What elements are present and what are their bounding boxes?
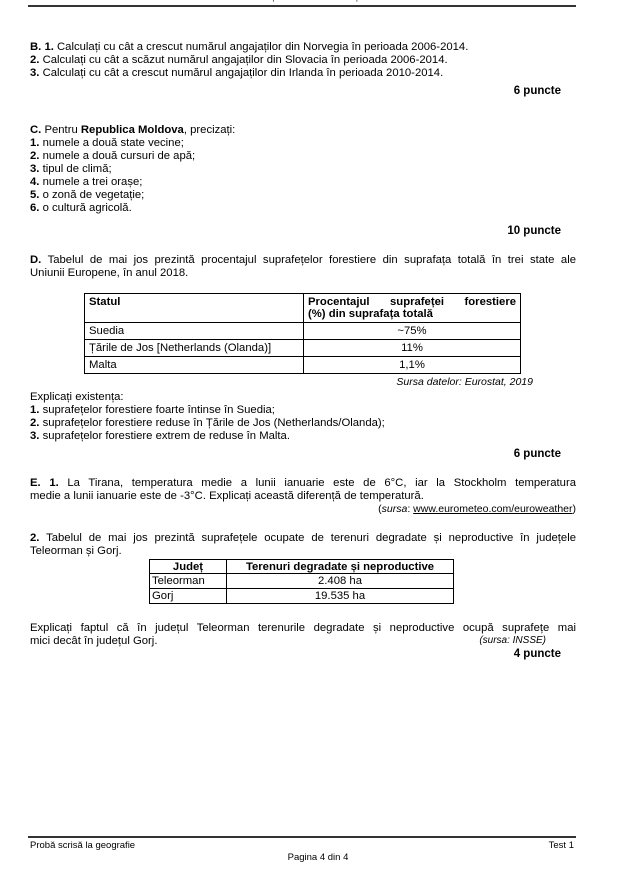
forest-table: Statul Procentajul suprafeței forestiere… (84, 293, 521, 374)
table-header-row: Statul Procentajul suprafeței forestiere… (85, 294, 521, 323)
intro-text: Tabelul de mai jos prezintă procentajul … (48, 254, 576, 266)
item-number: 3. (30, 163, 39, 175)
section-c-intro: C. Pentru Republica Moldova, precizați: (30, 124, 235, 136)
table-cell: Țările de Jos [Netherlands (Olanda)] (85, 340, 304, 357)
degraded-land-table: Județ Terenuri degradate și neproductive… (149, 559, 454, 604)
item-number: 1. (49, 477, 58, 489)
section-b-item-3: 3. Calculați cu cât a crescut numărul an… (30, 67, 443, 79)
intro-text: Pentru (44, 124, 77, 136)
table-cell: 11% (304, 340, 521, 357)
table-cell: Teleorman (150, 574, 227, 589)
table-cell: 19.535 ha (227, 589, 454, 604)
source-link[interactable]: www.eurometeo.com/euroweather (413, 503, 572, 515)
section-c-item-6: 6. o cultură agricolă. (30, 202, 132, 214)
table-row: Țările de Jos [Netherlands (Olanda)] 11% (85, 340, 521, 357)
item-number: 2. (30, 54, 39, 66)
item-text: numele a două state vecine; (43, 137, 184, 149)
item-number: 3. (30, 67, 39, 79)
item-text: numele a trei orașe; (43, 176, 143, 188)
section-d-intro-line1: D. Tabelul de mai jos prezintă procentaj… (30, 254, 576, 266)
item-number: 2. (30, 417, 39, 429)
section-label: D. (30, 254, 41, 266)
table-header-cell: Statul (85, 294, 304, 323)
q1-source: (sursa: www.eurometeo.com/euroweather) (378, 503, 576, 515)
item-number: 3. (30, 430, 39, 442)
item-number: 2. (30, 150, 39, 162)
paren: ) (573, 503, 577, 515)
section-label: C. (30, 124, 41, 136)
item-text: Tabelul de mai jos prezintă suprafețele … (46, 532, 576, 544)
table-cell: Malta (85, 357, 304, 374)
header-line: Procentajul suprafeței forestiere (308, 296, 516, 308)
data-source: Sursa datelor: Eurostat, 2019 (396, 376, 533, 388)
table-cell: Gorj (150, 589, 227, 604)
item-text: numele a două cursuri de apă; (43, 150, 196, 162)
item-number: 1. (30, 137, 39, 149)
table-cell: 2.408 ha (227, 574, 454, 589)
section-e-explain-line1: Explicați faptul că în județul Teleorman… (30, 622, 576, 634)
section-d-explain-intro: Explicați existența: (30, 391, 124, 403)
table-header-row: Județ Terenuri degradate și neproductive (150, 560, 454, 574)
section-d-item-1: 1. suprafețelor forestiere foarte întins… (30, 404, 275, 416)
footer-exam-name: Probă scrisă la geografie (30, 840, 135, 851)
section-e-explain-line2: mici decât în județul Gorj. (30, 635, 157, 647)
table-cell: 1,1% (304, 357, 521, 374)
section-label: B. (30, 41, 41, 53)
intro-text: , precizați: (184, 124, 235, 136)
footer-test-number: Test 1 (549, 840, 574, 851)
item-text: o cultură agricolă. (43, 202, 132, 214)
section-e-q2-line1: 2. Tabelul de mai jos prezintă suprafețe… (30, 532, 576, 544)
item-number: 1. (44, 41, 53, 53)
item-number: 6. (30, 202, 39, 214)
section-b-item-2: 2. Calculați cu cât a scăzut numărul ang… (30, 54, 448, 66)
item-text: Calculați cu cât a scăzut numărul angaja… (43, 54, 448, 66)
header-line: (%) din suprafața totală (308, 308, 516, 320)
section-e-q1-line2: medie a lunii ianuarie este de -3°C. Exp… (30, 490, 424, 502)
section-d-item-3: 3. suprafețelor forestiere extrem de red… (30, 430, 290, 442)
section-b-item-1: B. 1. Calculați cu cât a crescut numărul… (30, 41, 468, 53)
item-text: La Tirana, temperatura medie a lunii ian… (67, 477, 576, 489)
table-header-cell: Județ (150, 560, 227, 574)
footer-page-number: Pagina 4 din 4 (0, 852, 636, 863)
section-e-q2-line2: Teleorman și Gorj. (30, 545, 122, 557)
section-b-points: 6 puncte (514, 85, 561, 97)
header-institution: Centrul Național de Evaluare și Examinar… (0, 0, 636, 3)
section-c-item-4: 4. numele a trei orașe; (30, 176, 142, 188)
source-label: sursa (382, 503, 408, 515)
section-c-item-3: 3. tipul de climă; (30, 163, 112, 175)
item-text: Calculați cu cât a crescut numărul angaj… (57, 41, 468, 53)
table-header-cell: Terenuri degradate și neproductive (227, 560, 454, 574)
section-label: E. (30, 477, 41, 489)
section-c-item-5: 5. o zonă de vegetație; (30, 189, 144, 201)
item-text: tipul de climă; (43, 163, 112, 175)
section-c-points: 10 puncte (507, 225, 561, 237)
item-text: suprafețelor forestiere extrem de reduse… (43, 430, 290, 442)
section-d-intro-line2: Uniunii Europene, în anul 2018. (30, 267, 188, 279)
table-cell: Suedia (85, 323, 304, 340)
section-e-q1-line1: E. 1. La Tirana, temperatura medie a lun… (30, 477, 576, 489)
table-row: Suedia ~75% (85, 323, 521, 340)
section-d-item-2: 2. suprafețelor forestiere reduse în Țăr… (30, 417, 385, 429)
item-number: 1. (30, 404, 39, 416)
item-number: 4. (30, 176, 39, 188)
country-name: Republica Moldova (81, 124, 184, 136)
table-row: Malta 1,1% (85, 357, 521, 374)
item-text: suprafețelor forestiere foarte întinse î… (43, 404, 275, 416)
section-c-item-2: 2. numele a două cursuri de apă; (30, 150, 195, 162)
table-header-cell: Procentajul suprafeței forestiere (%) di… (304, 294, 521, 323)
item-text: o zonă de vegetație; (43, 189, 145, 201)
item-text: Calculați cu cât a crescut numărul angaj… (43, 67, 444, 79)
header-rule (28, 5, 576, 7)
section-d-points: 6 puncte (514, 448, 561, 460)
q2-source: (sursa: INSSE) (479, 635, 546, 646)
footer-rule (28, 836, 576, 838)
table-row: Gorj 19.535 ha (150, 589, 454, 604)
table-row: Teleorman 2.408 ha (150, 574, 454, 589)
item-number: 2. (30, 532, 39, 544)
item-number: 5. (30, 189, 39, 201)
section-e-points: 4 puncte (514, 648, 561, 660)
table-cell: ~75% (304, 323, 521, 340)
item-text: suprafețelor forestiere reduse în Țările… (43, 417, 385, 429)
section-c-item-1: 1. numele a două state vecine; (30, 137, 184, 149)
